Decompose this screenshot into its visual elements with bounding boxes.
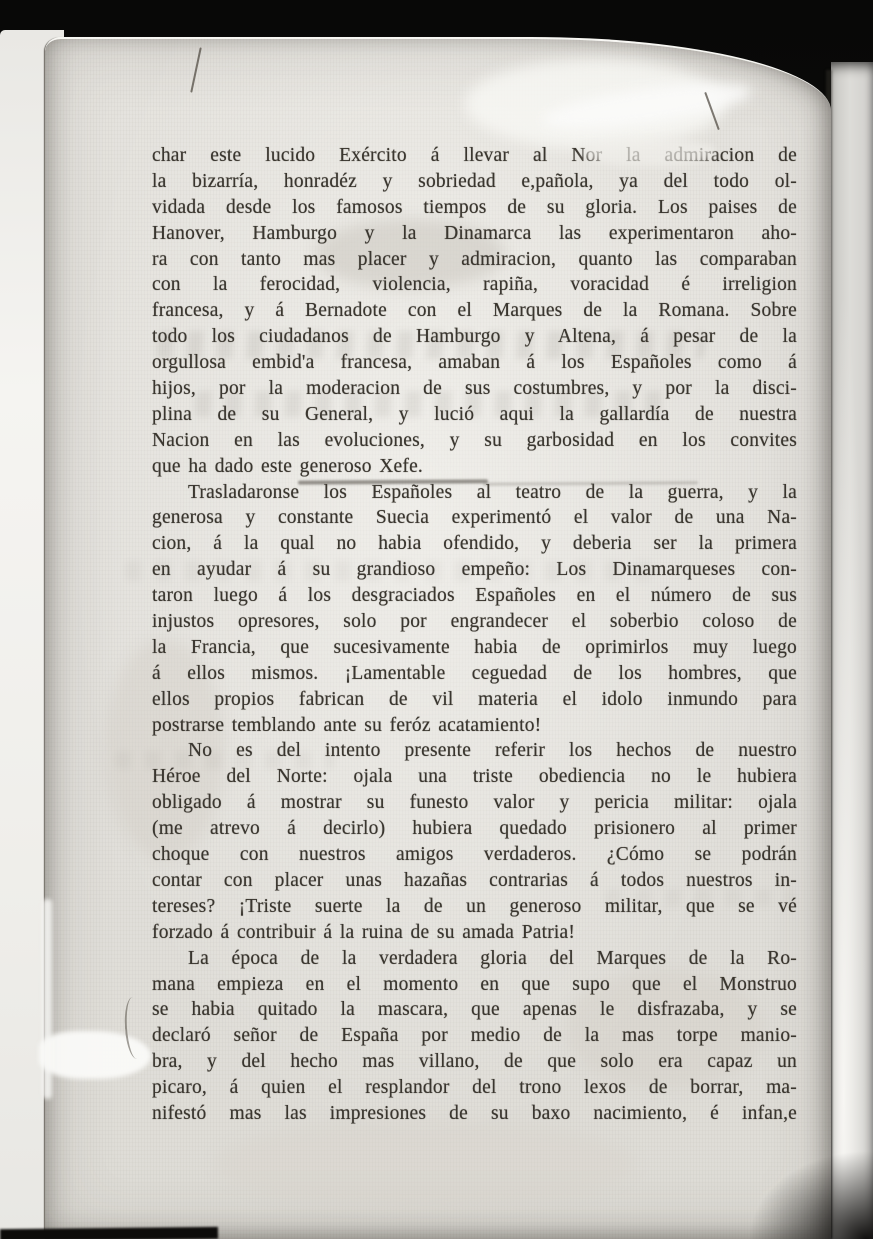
- text-line: contar con placer unas hazañas contraria…: [152, 868, 797, 894]
- text-line: en ayudar á su grandioso empeño: Los Din…: [152, 557, 797, 583]
- text-line: orgullosa embid'a francesa, amaban á los…: [152, 350, 797, 376]
- print-damage-smudge: [583, 139, 715, 166]
- text-line: á ellos mismos. ¡Lamentable ceguedad de …: [152, 661, 797, 687]
- fore-edge-pages: [831, 62, 873, 1239]
- text-line: todo los ciudadanos de Hamburgo y Altena…: [152, 324, 797, 350]
- text-line: Hanover, Hamburgo y la Dinamarca las exp…: [152, 221, 797, 247]
- photo-edge-shadow: [0, 1227, 218, 1239]
- text-line: declaró señor de España por medio de la …: [152, 1023, 797, 1049]
- paper-stain: [215, 1119, 635, 1209]
- text-line: con la ferocidad, violencia, rapiña, vor…: [152, 272, 797, 298]
- text-block: char este lucido Exército á llevar al No…: [152, 143, 797, 1127]
- text-line: se habia quitado la mascara, que apenas …: [152, 997, 797, 1023]
- text-line: ra con tanto mas placer y admiracion, qu…: [152, 247, 797, 273]
- text-line: postrarse temblando ante su feróz acatam…: [152, 713, 797, 739]
- text-line: Nacion en las evoluciones, y su garbosid…: [152, 428, 797, 454]
- text-line: Trasladaronse los Españoles al teatro de…: [152, 480, 797, 506]
- text-line: (me atrevo á decirlo) hubiera quedado pr…: [152, 816, 797, 842]
- text-line: No es del intento presente referir los h…: [152, 738, 797, 764]
- text-line: plina de su General, y lució aqui la gal…: [152, 402, 797, 428]
- text-line: La época de la verdadera gloria del Marq…: [152, 946, 797, 972]
- text-line: obligado á mostrar su funesto valor y pe…: [152, 790, 797, 816]
- text-line: nifestó mas las impresiones de su baxo n…: [152, 1101, 797, 1127]
- text-line: Héroe del Norte: ojala una triste obedie…: [152, 764, 797, 790]
- text-line: mana empieza en el momento en que supo q…: [152, 972, 797, 998]
- text-line: francesa, y á Bernadote con el Marques d…: [152, 298, 797, 324]
- paper-tear: [43, 899, 52, 1099]
- text-line: picaro, á quien el resplandor del trono …: [152, 1075, 797, 1101]
- page-scan: char este lucido Exército á llevar al No…: [45, 37, 831, 1239]
- text-line: tereses? ¡Triste suerte la de un generos…: [152, 894, 797, 920]
- text-line: la Francia, que sucesivamente habia de o…: [152, 635, 797, 661]
- text-line: taron luego á los desgraciados Españoles…: [152, 583, 797, 609]
- text-line: injustos opresores, solo por engrandecer…: [152, 609, 797, 635]
- text-line: cion, á la qual no habia ofendido, y deb…: [152, 531, 797, 557]
- text-line: bra, y del hecho mas villano, de que sol…: [152, 1049, 797, 1075]
- text-line: vidada desde los famosos tiempos de su g…: [152, 195, 797, 221]
- text-line: forzado á contribuir á la ruina de su am…: [152, 920, 797, 946]
- text-line: la bizarría, honradéz y sobriedad e,paño…: [152, 169, 797, 195]
- text-line: ellos propios fabrican de vil materia el…: [152, 687, 797, 713]
- text-line: generosa y constante Suecia experimentó …: [152, 505, 797, 531]
- text-line: choque con nuestros amigos verdaderos. ¿…: [152, 842, 797, 868]
- pen-stroke: [190, 47, 202, 92]
- text-line: que ha dado este generoso Xefe.: [152, 454, 797, 480]
- photo-edge-shadow: [733, 1139, 873, 1239]
- text-line: hijos, por la moderacion de sus costumbr…: [152, 376, 797, 402]
- book-photo: char este lucido Exército á llevar al No…: [0, 0, 873, 1239]
